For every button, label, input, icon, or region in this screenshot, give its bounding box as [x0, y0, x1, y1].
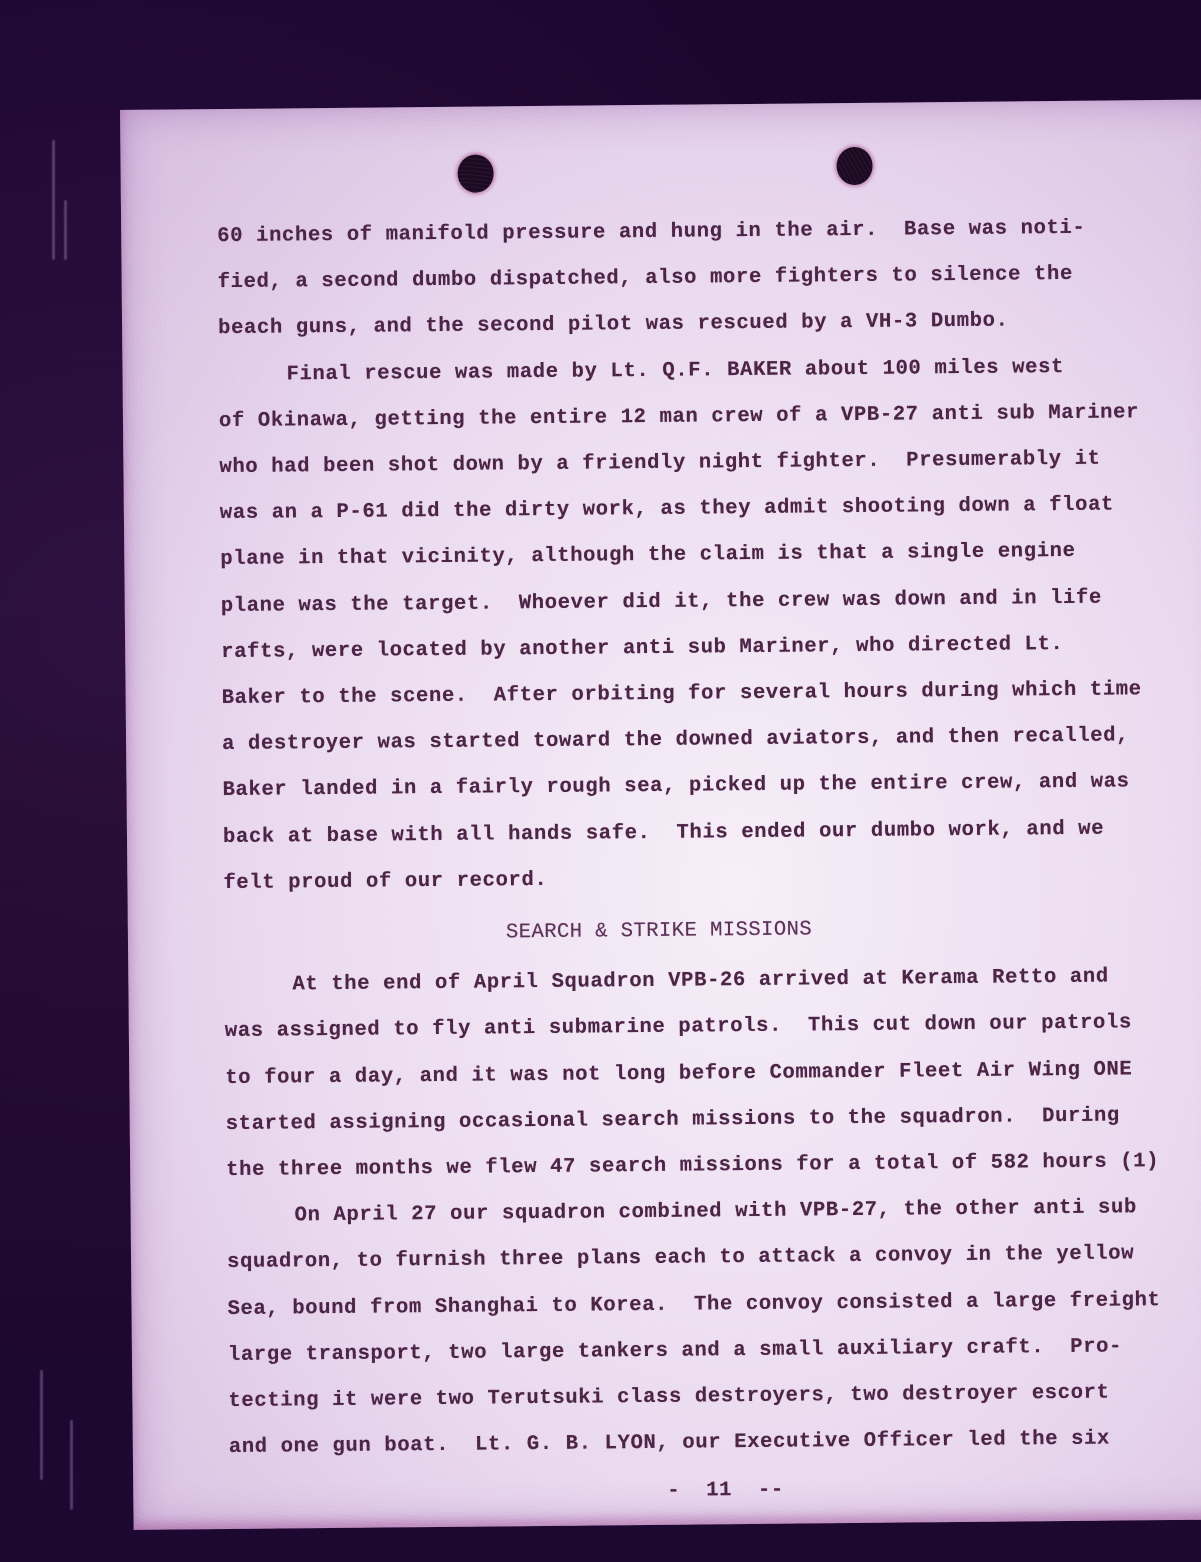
- film-scratch: [52, 140, 55, 260]
- page-number: - 11 --: [229, 1464, 1201, 1520]
- film-scratch: [70, 1420, 73, 1510]
- film-scratch: [40, 1370, 43, 1480]
- text-line: felt proud of our record.: [223, 851, 1201, 907]
- punch-hole: [836, 147, 872, 185]
- page-body: 60 inches of manifold pressure and hung …: [217, 204, 1201, 1519]
- paragraph: 60 inches of manifold pressure and hung …: [217, 204, 1201, 352]
- typewritten-page: 60 inches of manifold pressure and hung …: [120, 99, 1201, 1530]
- text-line: and one gun boat. Lt. G. B. LYON, our Ex…: [229, 1416, 1201, 1472]
- film-scratch: [64, 200, 67, 260]
- paragraph: At the end of April Squadron VPB-26 arri…: [224, 954, 1201, 1195]
- paragraph: On April 27 our squadron combined with V…: [226, 1185, 1201, 1472]
- paragraph: Final rescue was made by Lt. Q.F. BAKER …: [218, 343, 1201, 907]
- text-line: back at base with all hands safe. This e…: [223, 805, 1201, 861]
- punch-hole: [457, 154, 493, 192]
- section-heading: SEARCH & STRIKE MISSIONS: [224, 903, 1201, 959]
